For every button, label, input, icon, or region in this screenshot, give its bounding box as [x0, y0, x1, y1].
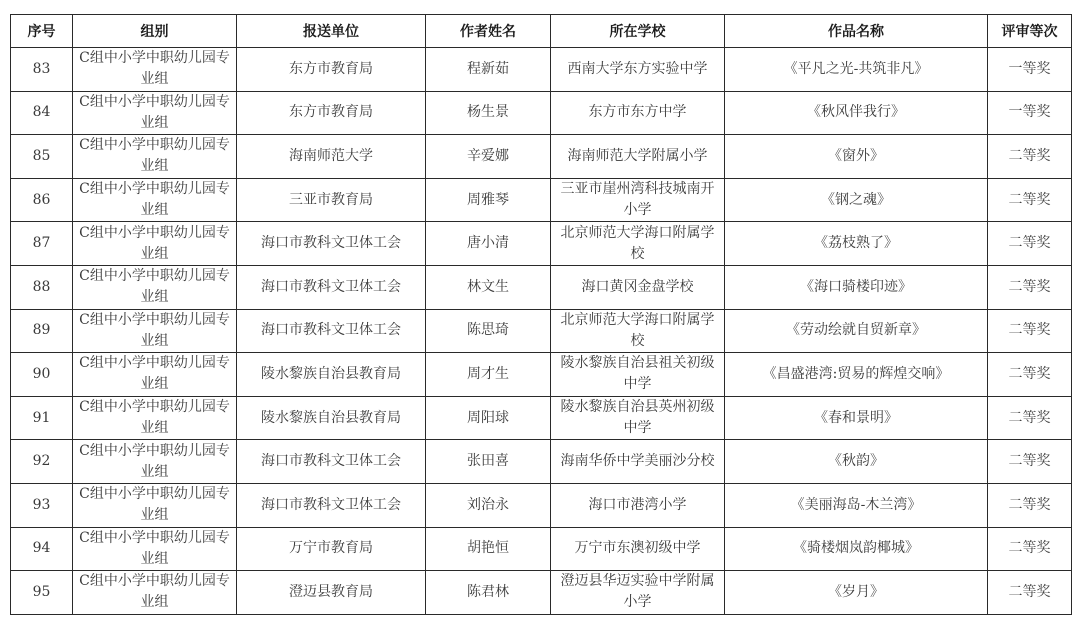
cell-serial-number: 89 [11, 309, 73, 353]
table-row: 84 C组中小学中职幼儿园专业组 东方市教育局 杨生景 东方市东方中学 《秋风伴… [11, 91, 1072, 135]
header-submitting-unit: 报送单位 [237, 15, 426, 48]
table-row: 83 C组中小学中职幼儿园专业组 东方市教育局 程新茹 西南大学东方实验中学 《… [11, 48, 1072, 92]
cell-school: 西南大学东方实验中学 [551, 48, 725, 92]
table-row: 89 C组中小学中职幼儿园专业组 海口市教科文卫体工会 陈思琦 北京师范大学海口… [11, 309, 1072, 353]
cell-group: C组中小学中职幼儿园专业组 [73, 527, 237, 571]
cell-submitting-unit: 海南师范大学 [237, 135, 426, 179]
cell-serial-number: 84 [11, 91, 73, 135]
cell-work-title: 《窗外》 [725, 135, 988, 179]
cell-author-name: 杨生景 [426, 91, 551, 135]
cell-submitting-unit: 陵水黎族自治县教育局 [237, 396, 426, 440]
cell-serial-number: 85 [11, 135, 73, 179]
cell-author-name: 周阳球 [426, 396, 551, 440]
table-row: 93 C组中小学中职幼儿园专业组 海口市教科文卫体工会 刘治永 海口市港湾小学 … [11, 483, 1072, 527]
table-row: 85 C组中小学中职幼儿园专业组 海南师范大学 辛爱娜 海南师范大学附属小学 《… [11, 135, 1072, 179]
cell-group: C组中小学中职幼儿园专业组 [73, 571, 237, 615]
cell-school: 海南师范大学附属小学 [551, 135, 725, 179]
cell-group: C组中小学中职幼儿园专业组 [73, 178, 237, 222]
cell-award-level: 一等奖 [988, 48, 1072, 92]
cell-submitting-unit: 东方市教育局 [237, 48, 426, 92]
header-award-level: 评审等次 [988, 15, 1072, 48]
cell-submitting-unit: 三亚市教育局 [237, 178, 426, 222]
cell-work-title: 《平凡之光-共筑非凡》 [725, 48, 988, 92]
cell-work-title: 《春和景明》 [725, 396, 988, 440]
cell-award-level: 二等奖 [988, 222, 1072, 266]
header-author-name: 作者姓名 [426, 15, 551, 48]
cell-work-title: 《劳动绘就自贸新章》 [725, 309, 988, 353]
cell-serial-number: 91 [11, 396, 73, 440]
cell-award-level: 二等奖 [988, 440, 1072, 484]
cell-serial-number: 90 [11, 353, 73, 397]
cell-group: C组中小学中职幼儿园专业组 [73, 265, 237, 309]
cell-award-level: 二等奖 [988, 396, 1072, 440]
cell-author-name: 林文生 [426, 265, 551, 309]
cell-school: 北京师范大学海口附属学校 [551, 309, 725, 353]
cell-award-level: 二等奖 [988, 483, 1072, 527]
header-serial-number: 序号 [11, 15, 73, 48]
cell-school: 三亚市崖州湾科技城南开小学 [551, 178, 725, 222]
table-body: 83 C组中小学中职幼儿园专业组 东方市教育局 程新茹 西南大学东方实验中学 《… [11, 48, 1072, 615]
cell-author-name: 胡艳恒 [426, 527, 551, 571]
cell-award-level: 二等奖 [988, 135, 1072, 179]
cell-serial-number: 87 [11, 222, 73, 266]
cell-group: C组中小学中职幼儿园专业组 [73, 396, 237, 440]
cell-school: 海口市港湾小学 [551, 483, 725, 527]
cell-award-level: 二等奖 [988, 571, 1072, 615]
cell-author-name: 张田喜 [426, 440, 551, 484]
table-row: 87 C组中小学中职幼儿园专业组 海口市教科文卫体工会 唐小清 北京师范大学海口… [11, 222, 1072, 266]
table-row: 95 C组中小学中职幼儿园专业组 澄迈县教育局 陈君林 澄迈县华迈实验中学附属小… [11, 571, 1072, 615]
cell-award-level: 二等奖 [988, 178, 1072, 222]
cell-award-level: 二等奖 [988, 265, 1072, 309]
award-results-table: 序号 组别 报送单位 作者姓名 所在学校 作品名称 评审等次 83 C组中小学中… [10, 14, 1072, 615]
header-work-title: 作品名称 [725, 15, 988, 48]
cell-work-title: 《昌盛港湾:贸易的辉煌交响》 [725, 353, 988, 397]
table-row: 91 C组中小学中职幼儿园专业组 陵水黎族自治县教育局 周阳球 陵水黎族自治县英… [11, 396, 1072, 440]
cell-serial-number: 92 [11, 440, 73, 484]
cell-author-name: 程新茹 [426, 48, 551, 92]
cell-serial-number: 94 [11, 527, 73, 571]
cell-group: C组中小学中职幼儿园专业组 [73, 48, 237, 92]
cell-submitting-unit: 东方市教育局 [237, 91, 426, 135]
header-school: 所在学校 [551, 15, 725, 48]
cell-school: 海口黄冈金盘学校 [551, 265, 725, 309]
cell-group: C组中小学中职幼儿园专业组 [73, 353, 237, 397]
cell-group: C组中小学中职幼儿园专业组 [73, 91, 237, 135]
cell-work-title: 《荔枝熟了》 [725, 222, 988, 266]
cell-author-name: 辛爱娜 [426, 135, 551, 179]
cell-award-level: 二等奖 [988, 527, 1072, 571]
cell-work-title: 《秋韵》 [725, 440, 988, 484]
header-group: 组别 [73, 15, 237, 48]
cell-serial-number: 86 [11, 178, 73, 222]
cell-submitting-unit: 海口市教科文卫体工会 [237, 309, 426, 353]
cell-work-title: 《海口骑楼印迹》 [725, 265, 988, 309]
cell-school: 东方市东方中学 [551, 91, 725, 135]
table-row: 88 C组中小学中职幼儿园专业组 海口市教科文卫体工会 林文生 海口黄冈金盘学校… [11, 265, 1072, 309]
cell-submitting-unit: 澄迈县教育局 [237, 571, 426, 615]
cell-author-name: 陈思琦 [426, 309, 551, 353]
cell-work-title: 《骑楼烟岚韵椰城》 [725, 527, 988, 571]
cell-award-level: 二等奖 [988, 309, 1072, 353]
cell-submitting-unit: 海口市教科文卫体工会 [237, 440, 426, 484]
cell-group: C组中小学中职幼儿园专业组 [73, 440, 237, 484]
cell-work-title: 《钢之魂》 [725, 178, 988, 222]
table-row: 94 C组中小学中职幼儿园专业组 万宁市教育局 胡艳恒 万宁市东澳初级中学 《骑… [11, 527, 1072, 571]
cell-author-name: 周才生 [426, 353, 551, 397]
cell-award-level: 二等奖 [988, 353, 1072, 397]
cell-school: 澄迈县华迈实验中学附属小学 [551, 571, 725, 615]
cell-group: C组中小学中职幼儿园专业组 [73, 135, 237, 179]
table-header-row: 序号 组别 报送单位 作者姓名 所在学校 作品名称 评审等次 [11, 15, 1072, 48]
cell-school: 北京师范大学海口附属学校 [551, 222, 725, 266]
cell-school: 海南华侨中学美丽沙分校 [551, 440, 725, 484]
cell-serial-number: 93 [11, 483, 73, 527]
cell-serial-number: 88 [11, 265, 73, 309]
table-row: 90 C组中小学中职幼儿园专业组 陵水黎族自治县教育局 周才生 陵水黎族自治县祖… [11, 353, 1072, 397]
cell-author-name: 陈君林 [426, 571, 551, 615]
cell-school: 陵水黎族自治县英州初级中学 [551, 396, 725, 440]
cell-author-name: 唐小清 [426, 222, 551, 266]
cell-group: C组中小学中职幼儿园专业组 [73, 309, 237, 353]
cell-school: 陵水黎族自治县祖关初级中学 [551, 353, 725, 397]
cell-serial-number: 95 [11, 571, 73, 615]
cell-school: 万宁市东澳初级中学 [551, 527, 725, 571]
cell-group: C组中小学中职幼儿园专业组 [73, 483, 237, 527]
cell-submitting-unit: 海口市教科文卫体工会 [237, 222, 426, 266]
cell-submitting-unit: 陵水黎族自治县教育局 [237, 353, 426, 397]
cell-work-title: 《岁月》 [725, 571, 988, 615]
cell-author-name: 周雅琴 [426, 178, 551, 222]
cell-author-name: 刘治永 [426, 483, 551, 527]
cell-serial-number: 83 [11, 48, 73, 92]
cell-work-title: 《秋风伴我行》 [725, 91, 988, 135]
cell-work-title: 《美丽海岛-木兰湾》 [725, 483, 988, 527]
table-row: 92 C组中小学中职幼儿园专业组 海口市教科文卫体工会 张田喜 海南华侨中学美丽… [11, 440, 1072, 484]
table-row: 86 C组中小学中职幼儿园专业组 三亚市教育局 周雅琴 三亚市崖州湾科技城南开小… [11, 178, 1072, 222]
award-results-table-container: 序号 组别 报送单位 作者姓名 所在学校 作品名称 评审等次 83 C组中小学中… [10, 14, 1071, 615]
cell-submitting-unit: 海口市教科文卫体工会 [237, 483, 426, 527]
cell-submitting-unit: 万宁市教育局 [237, 527, 426, 571]
cell-submitting-unit: 海口市教科文卫体工会 [237, 265, 426, 309]
cell-group: C组中小学中职幼儿园专业组 [73, 222, 237, 266]
cell-award-level: 一等奖 [988, 91, 1072, 135]
